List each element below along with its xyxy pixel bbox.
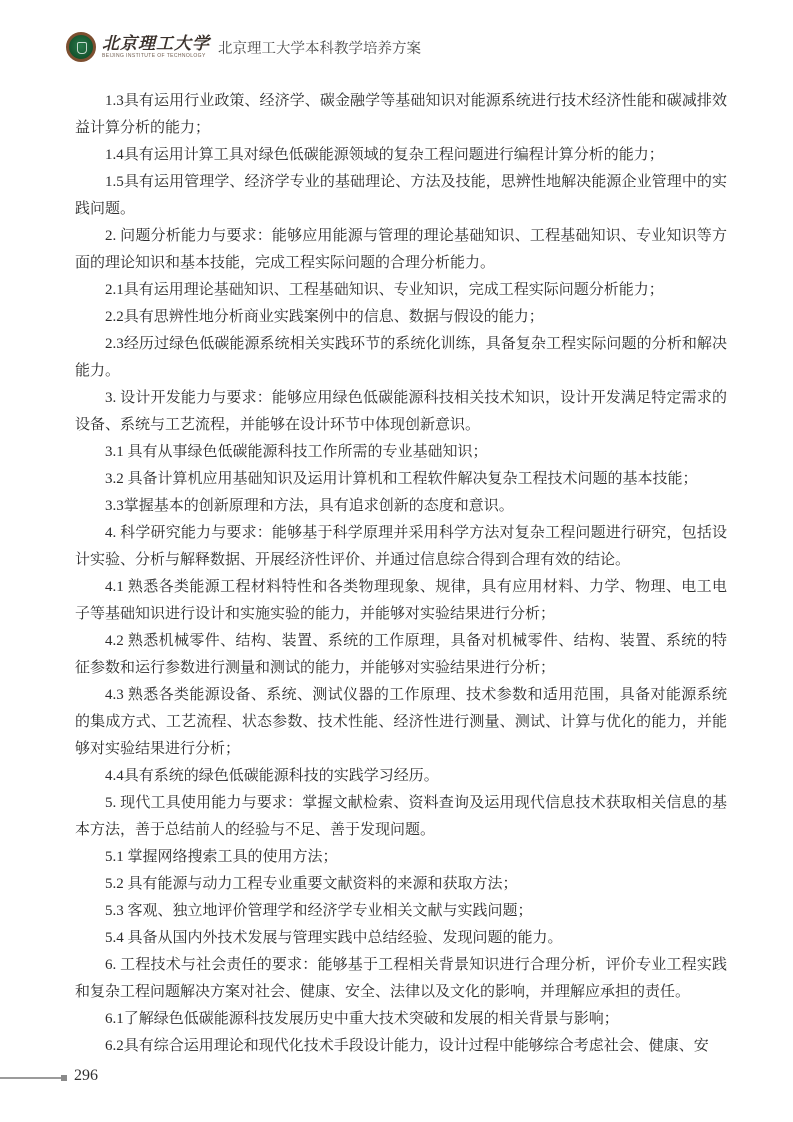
paragraph: 5. 现代工具使用能力与要求：掌握文献检索、资料查询及运用现代信息技术获取相关信… [75,790,727,844]
paragraph: 4.3 熟悉各类能源设备、系统、测试仪器的工作原理、技术参数和适用范围，具备对能… [75,682,727,763]
paragraph: 6.1了解绿色低碳能源科技发展历史中重大技术突破和发展的相关背景与影响； [75,1006,727,1033]
paragraph: 4.4具有系统的绿色低碳能源科技的实践学习经历。 [75,763,727,790]
paragraph: 4.2 熟悉机械零件、结构、装置、系统的工作原理，具备对机械零件、结构、装置、系… [75,628,727,682]
header-title: 北京理工大学本科教学培养方案 [218,37,421,58]
paragraph: 1.5具有运用管理学、经济学专业的基础理论、方法及技能，思辨性地解决能源企业管理… [75,169,727,223]
paragraph: 1.4具有运用计算工具对绿色低碳能源领域的复杂工程问题进行编程计算分析的能力； [75,142,727,169]
university-name-cn: 北京理工大学 [102,35,210,52]
paragraph: 1.3具有运用行业政策、经济学、碳金融学等基础知识对能源系统进行技术经济性能和碳… [75,88,727,142]
paragraph: 4. 科学研究能力与要求：能够基于科学原理并采用科学方法对复杂工程问题进行研究，… [75,520,727,574]
paragraph: 3. 设计开发能力与要求：能够应用绿色低碳能源科技相关技术知识，设计开发满足特定… [75,385,727,439]
document-body: 1.3具有运用行业政策、经济学、碳金融学等基础知识对能源系统进行技术经济性能和碳… [75,88,727,1060]
paragraph: 4.1 熟悉各类能源工程材料特性和各类物理现象、规律，具有应用材料、力学、物理、… [75,574,727,628]
document-page: 北京理工大学 BEIJING INSTITUTE OF TECHNOLOGY 北… [0,0,793,1122]
paragraph: 6.2具有综合运用理论和现代化技术手段设计能力，设计过程中能够综合考虑社会、健康… [75,1033,727,1060]
paragraph: 2.1具有运用理论基础知识、工程基础知识、专业知识，完成工程实际问题分析能力； [75,277,727,304]
paragraph: 5.4 具备从国内外技术发展与管理实践中总结经验、发现问题的能力。 [75,925,727,952]
page-footer: 296 [0,1064,793,1092]
page-header: 北京理工大学 BEIJING INSTITUTE OF TECHNOLOGY 北… [66,30,421,64]
university-logotype: 北京理工大学 BEIJING INSTITUTE OF TECHNOLOGY [102,35,210,59]
paragraph: 2.3经历过绿色低碳能源系统相关实践环节的系统化训练，具备复杂工程实际问题的分析… [75,331,727,385]
university-name-en: BEIJING INSTITUTE OF TECHNOLOGY [102,54,210,59]
university-emblem-icon [66,32,96,62]
paragraph: 3.3掌握基本的创新原理和方法，具有追求创新的态度和意识。 [75,493,727,520]
page-number: 296 [74,1067,98,1085]
paragraph: 6. 工程技术与社会责任的要求：能够基于工程相关背景知识进行合理分析，评价专业工… [75,952,727,1006]
footer-rule [0,1077,61,1079]
paragraph: 5.1 掌握网络搜索工具的使用方法； [75,844,727,871]
paragraph: 5.2 具有能源与动力工程专业重要文献资料的来源和获取方法； [75,871,727,898]
footer-square-marker [61,1075,67,1081]
paragraph: 3.1 具有从事绿色低碳能源科技工作所需的专业基础知识； [75,439,727,466]
paragraph: 2. 问题分析能力与要求：能够应用能源与管理的理论基础知识、工程基础知识、专业知… [75,223,727,277]
paragraph: 5.3 客观、独立地评价管理学和经济学专业相关文献与实践问题； [75,898,727,925]
paragraph: 2.2具有思辨性地分析商业实践案例中的信息、数据与假设的能力； [75,304,727,331]
paragraph: 3.2 具备计算机应用基础知识及运用计算机和工程软件解决复杂工程技术问题的基本技… [75,466,727,493]
